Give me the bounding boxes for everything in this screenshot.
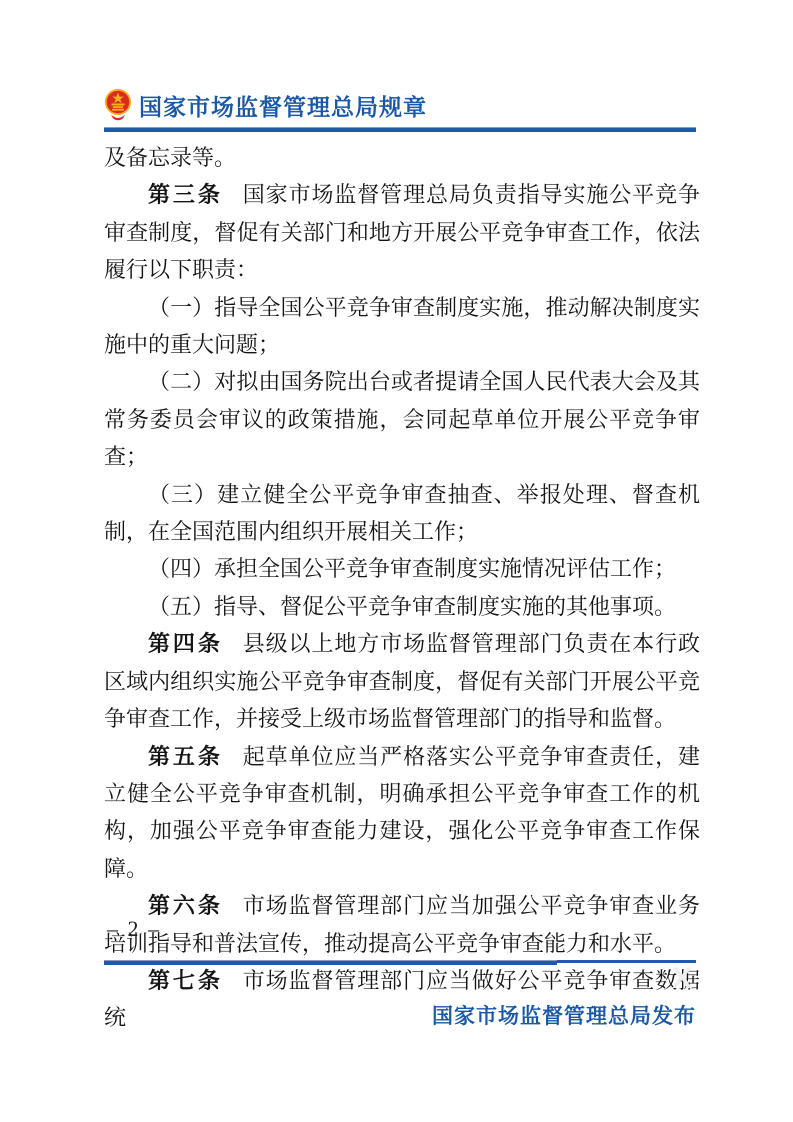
body-paragraph: 第五条起草单位应当严格落实公平竞争审查责任，建立健全公平竞争审查机制，明确承担公… <box>104 738 700 888</box>
china-national-emblem-icon <box>104 88 132 122</box>
article-number: 第五条 <box>148 744 223 769</box>
body-paragraph: （一）指导全国公平竞争审查制度实施，推动解决制度实施中的重大问题； <box>104 289 700 364</box>
watermark: X <box>672 962 692 996</box>
paragraph-text: （五）指导、督促公平竞争审查制度实施的其他事项。 <box>148 594 676 619</box>
publisher-label: 国家市场监督管理总局发布 <box>432 1000 696 1030</box>
paragraph-text: （二）对拟由国务院出台或者提请全国人民代表大会及其常务委员会审议的政策措施，会同… <box>104 369 700 469</box>
page-title: 国家市场监督管理总局规章 <box>139 89 427 122</box>
body-paragraph: 第六条市场监督管理部门应当加强公平竞争审查业务培训指导和普法宣传，推动提高公平竞… <box>104 887 700 962</box>
body-paragraph: （三）建立健全公平竞争审查抽查、举报处理、督查机制，在全国范围内组织开展相关工作… <box>104 476 700 551</box>
page-number: – 2 – <box>107 916 161 942</box>
document-page: 国家市场监督管理总局规章 及备忘录等。第三条国家市场监督管理总局负责指导实施公平… <box>0 0 793 1122</box>
body-paragraph: 第三条国家市场监督管理总局负责指导实施公平竞争审查制度，督促有关部门和地方开展公… <box>104 176 700 288</box>
body-paragraph: 第四条县级以上地方市场监督管理部门负责在本行政区域内组织实施公平竞争审查制度，督… <box>104 625 700 737</box>
body-paragraph: （五）指导、督促公平竞争审查制度实施的其他事项。 <box>104 588 700 625</box>
document-body: 及备忘录等。第三条国家市场监督管理总局负责指导实施公平竞争审查制度，督促有关部门… <box>104 139 700 1037</box>
article-number: 第三条 <box>148 182 223 207</box>
document-header: 国家市场监督管理总局规章 <box>104 86 696 124</box>
paragraph-text: （一）指导全国公平竞争审查制度实施，推动解决制度实施中的重大问题； <box>104 295 700 357</box>
footer-divider-left <box>104 960 557 965</box>
article-number: 第七条 <box>148 968 223 993</box>
body-paragraph: （四）承担全国公平竞争审查制度实施情况评估工作； <box>104 550 700 587</box>
paragraph-text: （三）建立健全公平竞争审查抽查、举报处理、督查机制，在全国范围内组织开展相关工作… <box>104 482 700 544</box>
article-number: 第四条 <box>148 631 223 656</box>
body-paragraph: （二）对拟由国务院出台或者提请全国人民代表大会及其常务委员会审议的政策措施，会同… <box>104 363 700 475</box>
header-divider <box>104 127 696 132</box>
paragraph-text: 及备忘录等。 <box>104 145 236 170</box>
body-paragraph: 及备忘录等。 <box>104 139 700 176</box>
article-number: 第六条 <box>148 893 223 918</box>
paragraph-text: （四）承担全国公平竞争审查制度实施情况评估工作； <box>148 556 676 581</box>
